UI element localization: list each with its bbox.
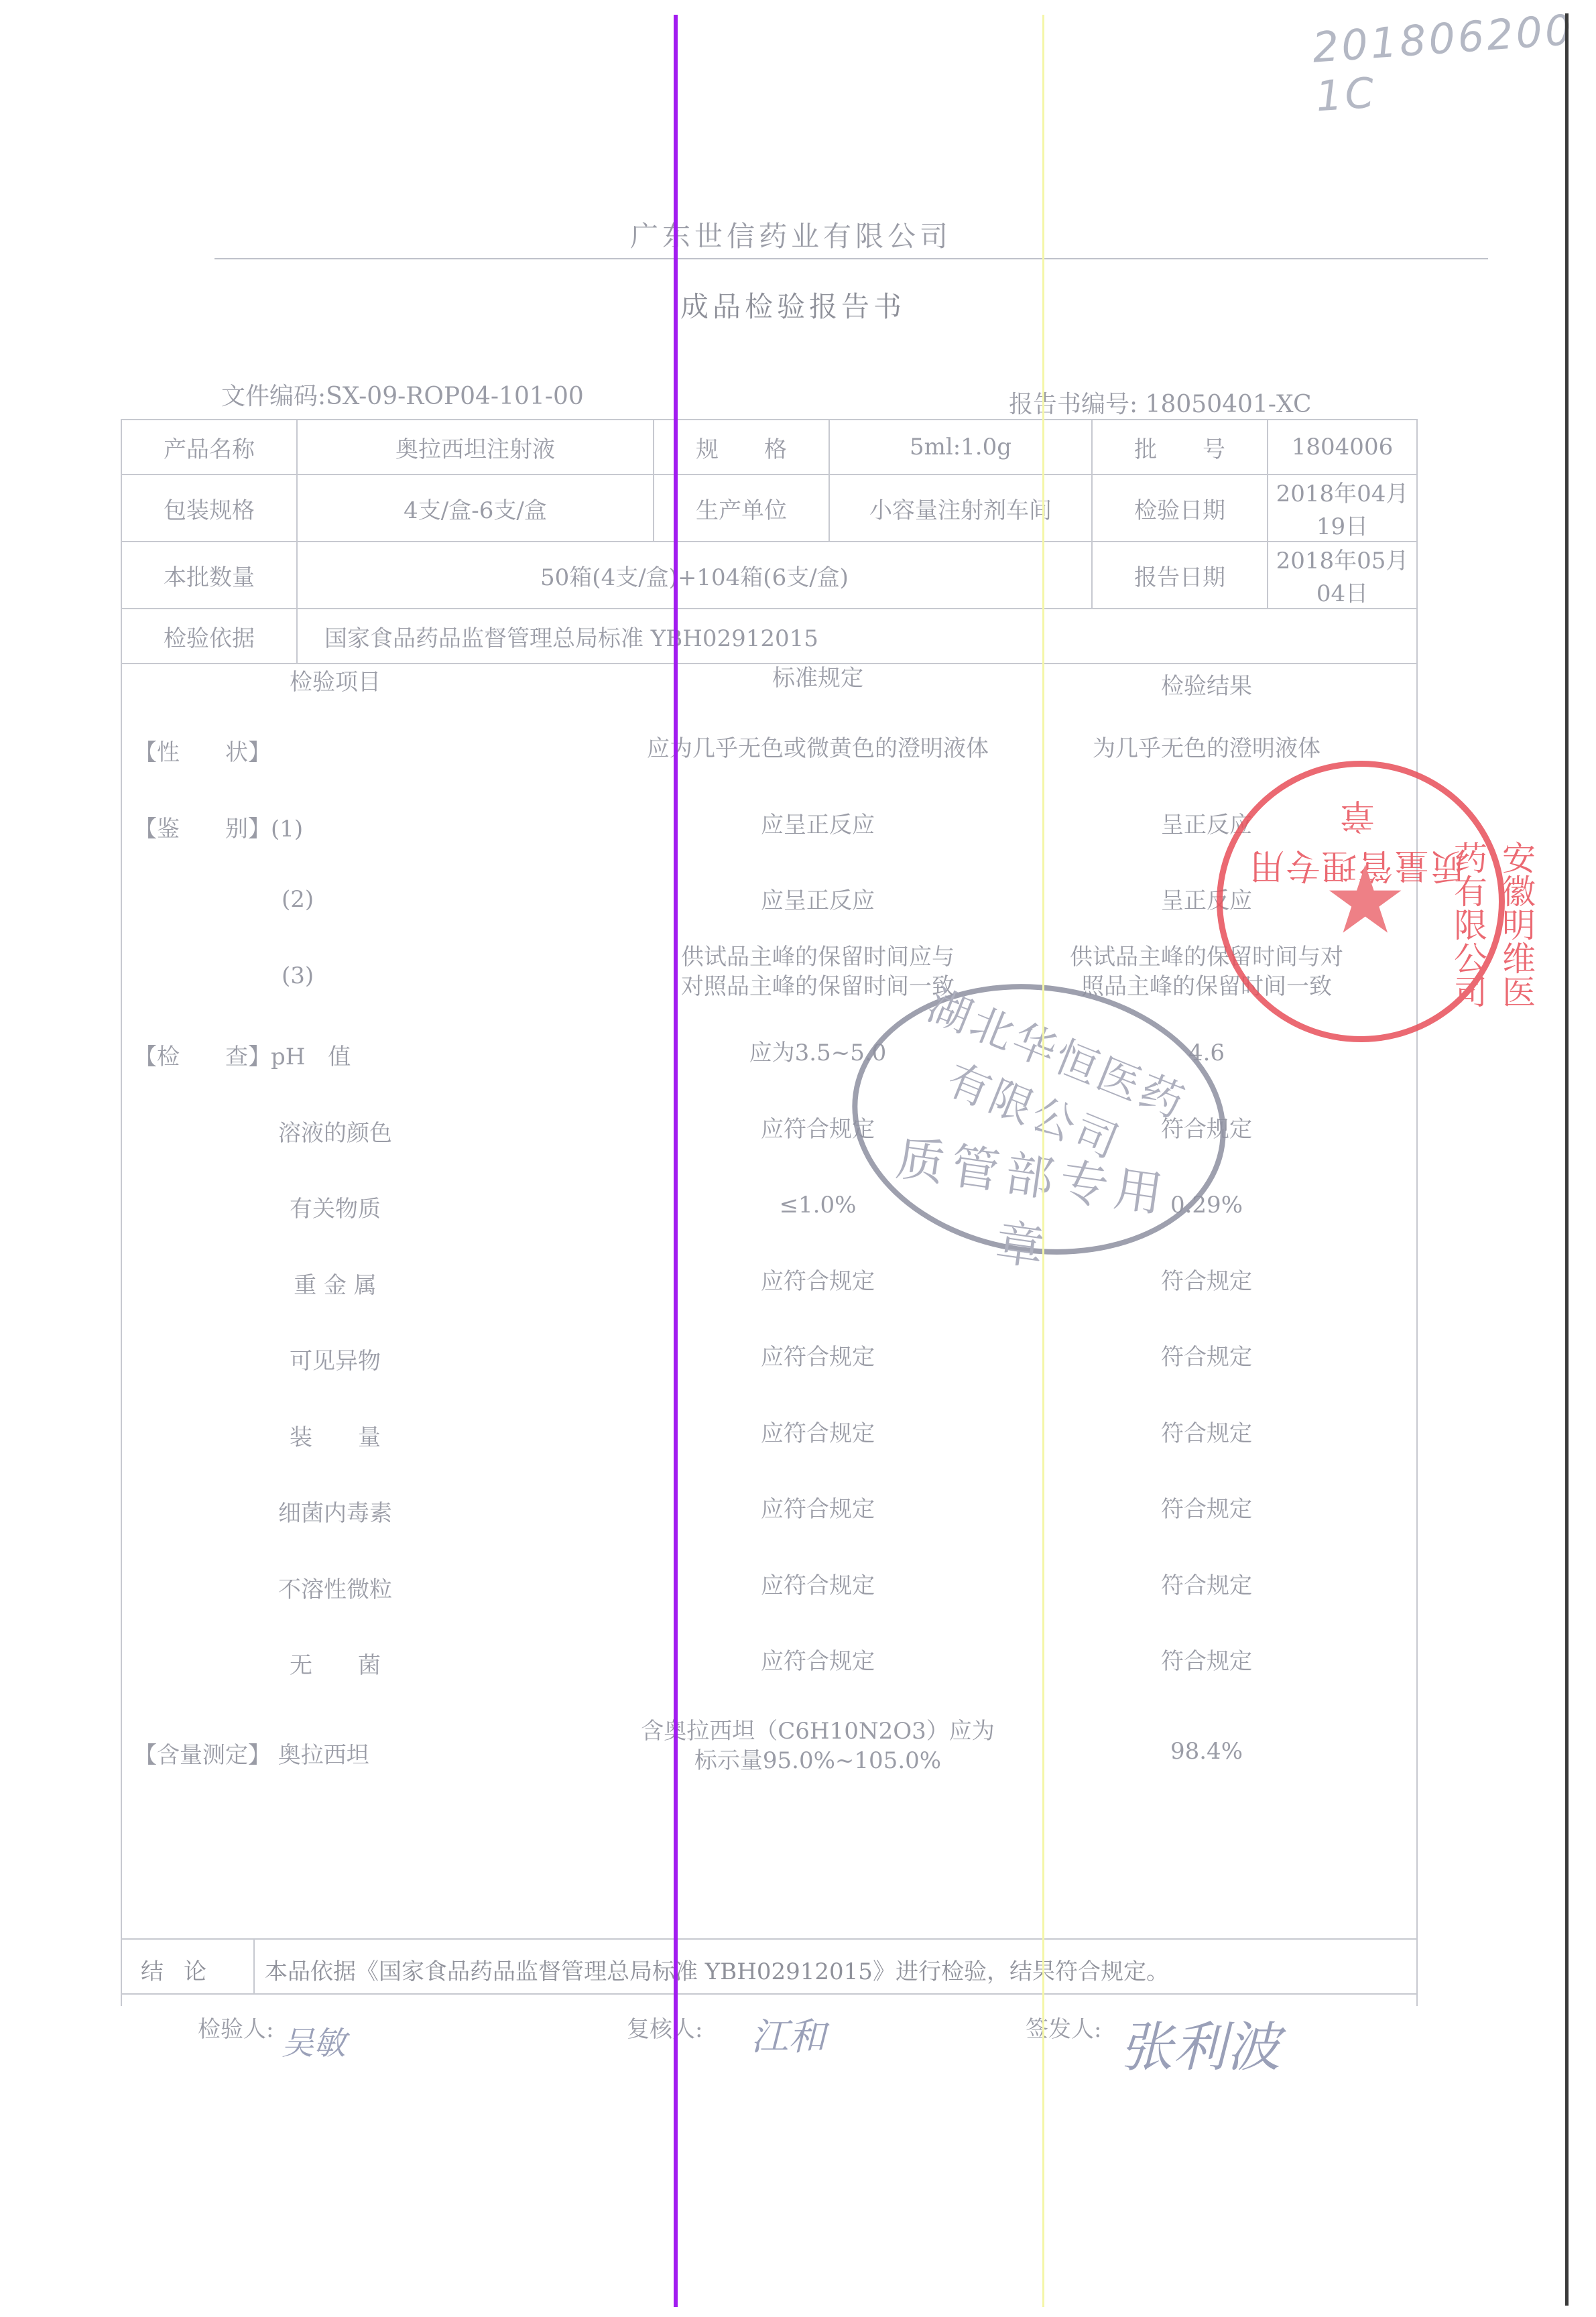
- row-standard: 应呈正反应: [576, 886, 1059, 916]
- conclusion-divider: [253, 1940, 255, 1993]
- document-title: 成品检验报告书: [680, 285, 906, 325]
- result-row: 【性 状】应为几乎无色或微黄色的澄明液体为几乎无色的澄明液体: [121, 734, 1418, 774]
- row-standard: 应符合规定: [576, 1647, 1059, 1676]
- handwritten-archive-number: 201806200 1C: [1310, 3, 1596, 121]
- row-result: 98.4%: [1039, 1737, 1374, 1766]
- row-result: 符合规定: [1039, 1495, 1374, 1524]
- row-item: 重 金 属: [208, 1267, 463, 1300]
- quantity-value: 50箱(4支/盒)+104箱(6支/盒): [297, 542, 1092, 609]
- producer-value: 小容量注射剂车间: [829, 475, 1092, 542]
- row-result: 符合规定: [1039, 1647, 1374, 1676]
- row-item: 溶液的颜色: [208, 1115, 463, 1147]
- row-result: 为几乎无色的澄明液体: [1039, 734, 1374, 763]
- result-row: 有关物质≤1.0%0.29%: [121, 1190, 1418, 1231]
- test-date-value: 2018年04月19日: [1268, 475, 1417, 542]
- result-row: 装 量应符合规定符合规定: [121, 1419, 1418, 1459]
- company-name: 广东世信药业有限公司: [630, 214, 952, 255]
- producer-label: 生产单位: [654, 475, 829, 542]
- row-result: 符合规定: [1039, 1342, 1374, 1372]
- reviewer-signature: 江和: [751, 2007, 826, 2061]
- row-item: 【性 状】: [134, 734, 496, 767]
- red-company-stamp: 质量管理专用章 ★ 安徽明维医药有限公司: [1217, 761, 1505, 1042]
- row-item: 【检 查】pH 值: [134, 1038, 496, 1071]
- result-row: 重 金 属应符合规定符合规定: [121, 1267, 1418, 1307]
- column-header-item: 检验项目: [208, 664, 463, 696]
- results-header: 检验项目 标准规定 检验结果: [121, 664, 1418, 704]
- row-item: 不溶性微粒: [208, 1571, 463, 1604]
- row-item: 【含量测定】 奥拉西坦: [134, 1737, 496, 1769]
- row-standard: 应为几乎无色或微黄色的澄明液体: [576, 734, 1059, 763]
- approver-signature: 张利波: [1119, 2004, 1280, 2081]
- row-item: 【鉴 别】(1): [134, 810, 496, 843]
- column-header-standard: 标准规定: [576, 664, 1059, 693]
- scan-artifact-purple-line: [674, 15, 678, 2307]
- scan-edge-line: [1565, 13, 1569, 2306]
- conclusion-text: 本品依据《国家食品药品监督管理总局标准 YBH02912015》进行检验，结果符…: [265, 1953, 1169, 1986]
- document-code: 文件编码:SX-09-ROP04-101-00: [221, 377, 584, 412]
- header-divider: [214, 258, 1488, 259]
- report-date-label: 报告日期: [1092, 542, 1268, 609]
- row-standard: 应呈正反应: [576, 810, 1059, 840]
- scan-artifact-yellow-line: [1042, 15, 1044, 2307]
- report-date-value: 2018年05月04日: [1268, 542, 1417, 609]
- product-name-label: 产品名称: [121, 420, 297, 475]
- row-item: 细菌内毒素: [208, 1495, 463, 1527]
- row-item: 无 菌: [208, 1647, 463, 1680]
- result-row: 不溶性微粒应符合规定符合规定: [121, 1571, 1418, 1611]
- row-item: 有关物质: [208, 1190, 463, 1223]
- row-result: 符合规定: [1039, 1419, 1374, 1448]
- batch-label: 批 号: [1092, 420, 1268, 475]
- spec-value: 5ml:1.0g: [829, 420, 1092, 475]
- result-row: 细菌内毒素应符合规定符合规定: [121, 1495, 1418, 1535]
- reviewer-label: 复核人:: [627, 2011, 702, 2044]
- spec-label: 规 格: [654, 420, 829, 475]
- quantity-label: 本批数量: [121, 542, 297, 609]
- result-row: 【鉴 别】(1)应呈正反应呈正反应: [121, 810, 1418, 851]
- result-row: (3)供试品主峰的保留时间应与 对照品主峰的保留时间一致供试品主峰的保留时间与对…: [121, 962, 1418, 1003]
- inspector-label: 检验人:: [198, 2011, 273, 2044]
- batch-value: 1804006: [1268, 420, 1417, 475]
- result-row: 可见异物应符合规定符合规定: [121, 1342, 1418, 1383]
- inspector-signature: 吴敏: [282, 2017, 346, 2064]
- report-number: 报告书编号: 18050401-XC: [1009, 385, 1312, 420]
- row-standard: 应符合规定: [576, 1419, 1059, 1448]
- package-value: 4支/盒-6支/盒: [297, 475, 654, 542]
- row-standard: 应符合规定: [576, 1495, 1059, 1524]
- row-item: 装 量: [208, 1419, 463, 1452]
- result-row: 【含量测定】 奥拉西坦含奥拉西坦（C6H10N2O3）应为 标示量95.0%~1…: [121, 1737, 1418, 1777]
- approver-label: 签发人:: [1026, 2011, 1101, 2044]
- row-standard: 应符合规定: [576, 1342, 1059, 1372]
- row-item: 可见异物: [208, 1342, 463, 1375]
- row-standard: 含奥拉西坦（C6H10N2O3）应为 标示量95.0%~105.0%: [576, 1716, 1059, 1775]
- product-name-value: 奥拉西坦注射液: [297, 420, 654, 475]
- red-stamp-ring-text: 安徽明维医药有限公司: [1444, 840, 1540, 1036]
- package-label: 包装规格: [121, 475, 297, 542]
- row-result: 符合规定: [1039, 1571, 1374, 1601]
- row-standard: 应符合规定: [576, 1571, 1059, 1601]
- product-info-table: 产品名称 奥拉西坦注射液 规 格 5ml:1.0g 批 号 1804006 包装…: [121, 419, 1418, 664]
- conclusion-row: 结论 本品依据《国家食品药品监督管理总局标准 YBH02912015》进行检验，…: [121, 1938, 1418, 1995]
- test-date-label: 检验日期: [1092, 475, 1268, 542]
- star-icon: ★: [1323, 854, 1408, 948]
- result-row: 【检 查】pH 值应为3.5~5.04.6: [121, 1038, 1418, 1078]
- column-header-result: 检验结果: [1039, 672, 1374, 701]
- conclusion-label: 结论: [141, 1953, 241, 1986]
- result-row: 无 菌应符合规定符合规定: [121, 1647, 1418, 1687]
